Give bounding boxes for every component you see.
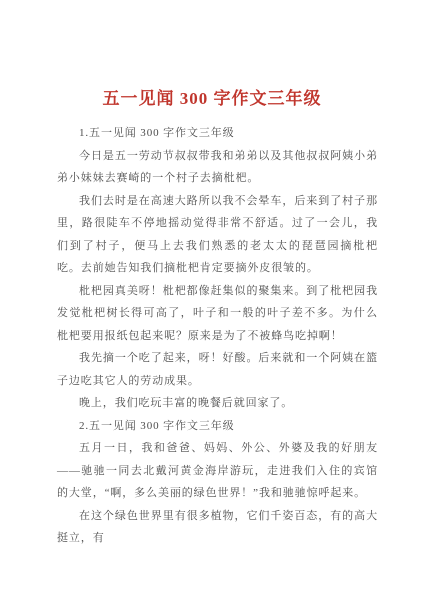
paragraph: 我们去时是在高速大路所以我不会晕车，后来到了村子那里，路很陡车不停地摇动觉得非常…: [57, 190, 378, 280]
paragraph: 在这个绿色世界里有很多植物，它们千姿百态，有的高大挺立，有: [57, 505, 378, 550]
section-heading-2: 2.五一见闻 300 字作文三年级: [57, 415, 378, 438]
document-page: 五一见闻 300 字作文三年级 1.五一见闻 300 字作文三年级 今日是五一劳…: [0, 0, 424, 600]
paragraph: 五月一日，我和爸爸、妈妈、外公、外婆及我的好朋友——驰驰一同去北戴河黄金海岸游玩…: [57, 437, 378, 505]
section-heading-1: 1.五一见闻 300 字作文三年级: [57, 122, 378, 145]
paragraph: 今日是五一劳动节叔叔带我和弟弟以及其他叔叔阿姨小弟弟小妹妹去赛崎的一个村子去摘枇…: [57, 145, 378, 190]
document-title: 五一见闻 300 字作文三年级: [0, 0, 424, 110]
paragraph: 枇杷园真美呀！枇杷都像赶集似的聚集来。到了枇杷园我发觉枇杷树长得可高了，叶子和一…: [57, 280, 378, 348]
paragraph: 我先摘一个吃了起来，呀！好酸。后来就和一个阿姨在篮子边吃其它人的劳动成果。: [57, 347, 378, 392]
paragraph: 晚上，我们吃玩丰富的晚餐后就回家了。: [57, 392, 378, 415]
document-body: 1.五一见闻 300 字作文三年级 今日是五一劳动节叔叔带我和弟弟以及其他叔叔阿…: [57, 122, 378, 550]
